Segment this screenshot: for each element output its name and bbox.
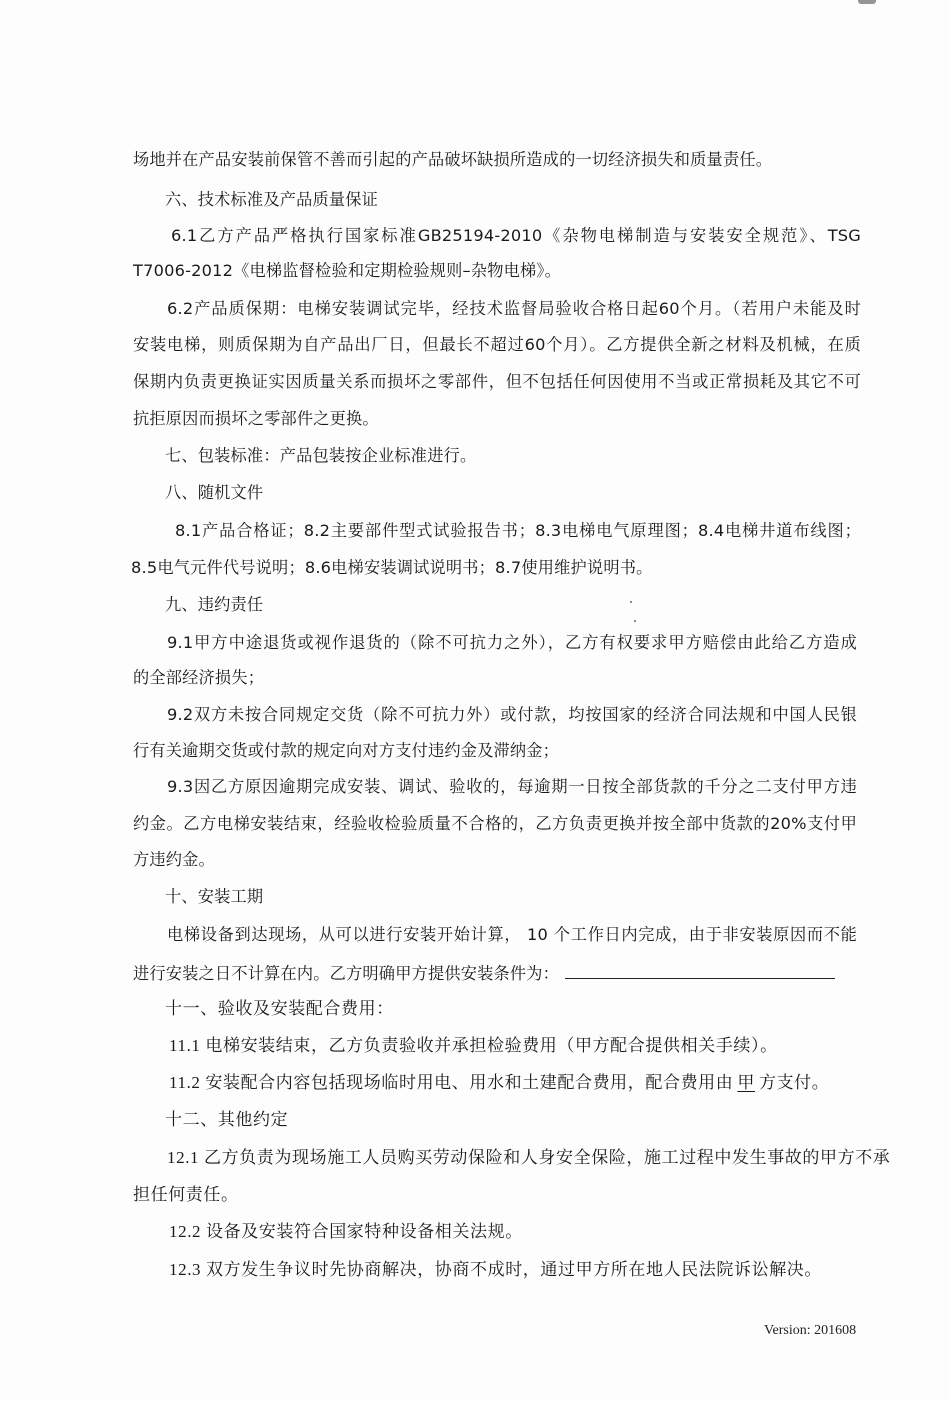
clause-10-line-2-text: 进行安装之日不计算在内。乙方明确甲方提供安装条件为： <box>133 964 559 983</box>
section-heading-12: 十二、其他约定 <box>165 1110 288 1130</box>
clause-9-3-line-1: 9.3因乙方原因逾期完成安装、调试、验收的，每逾期一日按全部货款的千分之二支付甲… <box>167 777 857 797</box>
section-heading-8: 八、随机文件 <box>165 483 263 503</box>
document-version: Version: 201608 <box>764 1323 856 1339</box>
clause-11-1: 11.1 电梯安装结束，乙方负责验收并承担检验费用（甲方配合提供相关手续）。 <box>169 1036 778 1056</box>
clause-12-3: 12.3 双方发生争议时先协商解决，协商不成时，通过甲方所在地人民法院诉讼解决。 <box>169 1260 822 1280</box>
clause-10-line-1: 电梯设备到达现场，从可以进行安装开始计算， 10 个工作日内完成，由于非安装原因… <box>167 925 857 945</box>
clause-8-1-line-1: 8.1产品合格证；8.2主要部件型式试验报告书；8.3电梯电气原理图；8.4电梯… <box>175 521 861 541</box>
section-heading-6: 六、技术标准及产品质量保证 <box>165 190 378 210</box>
clause-9-3-line-3: 方违约金。 <box>133 850 215 870</box>
clause-10-line-2: 进行安装之日不计算在内。乙方明确甲方提供安装条件为： <box>133 962 835 984</box>
clause-9-1-line-1: 9.1甲方中途退货或视作退货的（除不可抗力之外），乙方有权要求甲方赔偿由此给乙方… <box>167 633 857 653</box>
clause-6-2-line-4: 抗拒原因而损坏之零部件之更换。 <box>133 409 379 429</box>
clause-9-2-line-2: 行有关逾期交货或付款的规定向对方支付违约金及滞纳金； <box>133 741 559 761</box>
clause-11-2: 11.2 安装配合内容包括现场临时用电、用水和土建配合费用，配合费用由甲方支付。 <box>169 1073 829 1093</box>
payer-fill-value: 甲 <box>733 1073 759 1092</box>
clause-6-2-line-1: 6.2产品质保期：电梯安装调试完毕，经技术监督局验收合格日起60个月。（若用户未… <box>167 299 861 319</box>
clause-12-1-line-2: 担任何责任。 <box>133 1185 239 1205</box>
clause-11-2-tail: 方支付。 <box>759 1073 829 1092</box>
clause-9-2-line-1: 9.2双方未按合同规定交货（除不可抗力外）或付款，均按国家的经济合同法规和中国人… <box>167 705 857 725</box>
clause-6-1-line-1: 6.1乙方产品严格执行国家标准GB25194-2010《杂物电梯制造与安装安全规… <box>171 226 861 246</box>
scan-speck <box>634 620 636 622</box>
clause-6-2-line-2: 安装电梯，则质保期为自产品出厂日，但最长不超过60个月）。乙方提供全新之材料及机… <box>133 335 861 355</box>
section-heading-10: 十、安装工期 <box>165 887 263 907</box>
section-heading-11: 十一、验收及安装配合费用： <box>165 999 394 1019</box>
paragraph-line: 场地并在产品安装前保管不善而引起的产品破坏缺损所造成的一切经济损失和质量责任。 <box>133 150 772 170</box>
section-heading-9: 九、违约责任 <box>165 595 263 615</box>
clause-12-2: 12.2 设备及安装符合国家特种设备相关法规。 <box>169 1222 523 1242</box>
clause-9-1-line-2: 的全部经济损失； <box>133 668 264 688</box>
clause-12-1-line-1: 12.1 乙方负责为现场施工人员购买劳动保险和人身安全保险，施工过程中发生事故的… <box>167 1148 857 1168</box>
clause-11-2-text: 11.2 安装配合内容包括现场临时用电、用水和土建配合费用，配合费用由 <box>169 1073 733 1092</box>
installation-conditions-blank <box>565 962 835 979</box>
clause-9-3-line-2: 约金。乙方电梯安装结束，经验收检验质量不合格的，乙方负责更换并按全部中货款的20… <box>133 814 857 834</box>
clause-6-2-line-3: 保期内负责更换证实因质量关系而损坏之零部件，但不包括任何因使用不当或正常损耗及其… <box>133 372 861 392</box>
clause-8-1-line-2: 8.5电气元件代号说明；8.6电梯安装调试说明书；8.7使用维护说明书。 <box>131 558 653 578</box>
scan-speck <box>630 601 632 603</box>
section-heading-7: 七、包装标准：产品包装按企业标准进行。 <box>165 446 476 466</box>
scan-corner-mark <box>858 0 876 4</box>
clause-6-1-line-2: T7006-2012《电梯监督检验和定期检验规则–杂物电梯》。 <box>133 261 561 281</box>
